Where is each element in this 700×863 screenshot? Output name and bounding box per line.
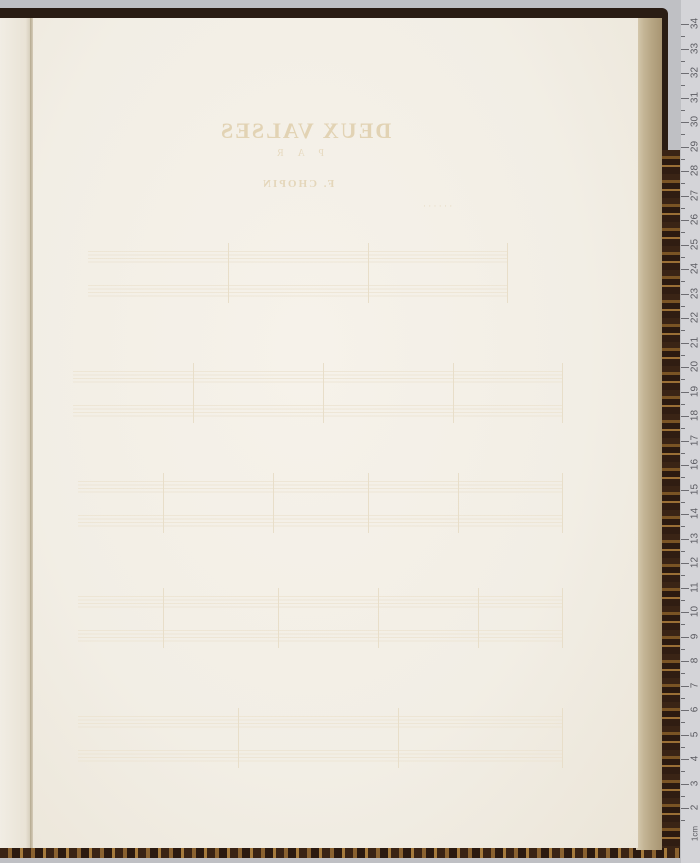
ruler-label: 17 bbox=[690, 431, 700, 449]
ruler-unit-label: 1cm bbox=[691, 824, 700, 842]
ruler-half-tick bbox=[681, 379, 685, 380]
ruler-label: 9 bbox=[690, 627, 700, 645]
ruler-label: 6 bbox=[690, 701, 700, 719]
ruler-label: 15 bbox=[690, 480, 700, 498]
ruler-half-tick bbox=[681, 526, 685, 527]
ruler-label: 28 bbox=[690, 162, 700, 180]
ruler-half-tick bbox=[681, 85, 685, 86]
ruler-tick bbox=[681, 735, 689, 736]
ruler-half-tick bbox=[681, 232, 685, 233]
ruler-label: 11 bbox=[690, 578, 700, 596]
ruler-tick bbox=[681, 196, 689, 197]
ruler-label: 12 bbox=[690, 554, 700, 572]
ruler-half-tick bbox=[681, 698, 685, 699]
ruler-tick bbox=[681, 294, 689, 295]
ruler-half-tick bbox=[681, 208, 685, 209]
ruler-half-tick bbox=[681, 404, 685, 405]
ruler-tick bbox=[681, 49, 689, 50]
ruler-half-tick bbox=[681, 771, 685, 772]
ruler-tick bbox=[681, 661, 689, 662]
ruler-half-tick bbox=[681, 306, 685, 307]
ruler-tick bbox=[681, 122, 689, 123]
ruler-half-tick bbox=[681, 796, 685, 797]
ruler-half-tick bbox=[681, 722, 685, 723]
ruler-label: 2 bbox=[690, 799, 700, 817]
ruler-half-tick bbox=[681, 477, 685, 478]
ruler-tick bbox=[681, 759, 689, 760]
ruler-tick bbox=[681, 220, 689, 221]
bleed-music-system-4 bbox=[78, 588, 563, 648]
bleed-music-system-5 bbox=[78, 708, 563, 768]
ruler-tick bbox=[681, 514, 689, 515]
ruler-label: 32 bbox=[690, 64, 700, 82]
ruler-half-tick bbox=[681, 575, 685, 576]
bleed-title: DEUX VALSES bbox=[219, 118, 391, 144]
ruler-tick bbox=[681, 245, 689, 246]
ruler-tick bbox=[681, 465, 689, 466]
ruler-tick bbox=[681, 318, 689, 319]
ruler-tick bbox=[681, 98, 689, 99]
ruler-half-tick bbox=[681, 61, 685, 62]
ruler-half-tick bbox=[681, 453, 685, 454]
ruler-label: 5 bbox=[690, 725, 700, 743]
ruler-tick bbox=[681, 612, 689, 613]
ruler-label: 33 bbox=[690, 39, 700, 57]
ruler-tick bbox=[681, 710, 689, 711]
ruler-half-tick bbox=[681, 183, 685, 184]
ruler-label: 20 bbox=[690, 358, 700, 376]
ruler-tick bbox=[681, 490, 689, 491]
bleed-composer: F. CHOPIN bbox=[261, 178, 334, 190]
ruler-tick bbox=[681, 441, 689, 442]
ruler-half-tick bbox=[681, 428, 685, 429]
ruler-tick bbox=[681, 416, 689, 417]
ruler-half-tick bbox=[681, 281, 685, 282]
ruler-half-tick bbox=[681, 36, 685, 37]
ruler-half-tick bbox=[681, 134, 685, 135]
ruler-label: 4 bbox=[690, 750, 700, 768]
ruler-label: 3 bbox=[690, 774, 700, 792]
ruler-tick bbox=[681, 539, 689, 540]
ruler-half-tick bbox=[681, 330, 685, 331]
ruler-label: 16 bbox=[690, 456, 700, 474]
ruler-label: 25 bbox=[690, 235, 700, 253]
left-page-edge bbox=[0, 18, 32, 848]
ruler-label: 34 bbox=[690, 15, 700, 33]
measuring-ruler: 3433323130292827262524232221201918171615… bbox=[681, 0, 700, 863]
ruler-half-tick bbox=[681, 257, 685, 258]
ruler-tick bbox=[681, 588, 689, 589]
ruler-tick bbox=[681, 147, 689, 148]
ruler-tick bbox=[681, 171, 689, 172]
right-page: DEUX VALSES P A R F. CHOPIN · · · · · · bbox=[33, 18, 638, 848]
bleed-subtitle: P A R bbox=[271, 148, 324, 159]
ruler-tick bbox=[681, 563, 689, 564]
ruler-half-tick bbox=[681, 551, 685, 552]
ruler-tick bbox=[681, 269, 689, 270]
bleed-music-system-2 bbox=[73, 363, 563, 423]
ruler-half-tick bbox=[681, 110, 685, 111]
ruler-tick bbox=[681, 73, 689, 74]
bleed-music-system-3 bbox=[78, 473, 563, 533]
ruler-tick bbox=[681, 392, 689, 393]
ruler-label: 26 bbox=[690, 211, 700, 229]
ruler-half-tick bbox=[681, 502, 685, 503]
ruler-label: 31 bbox=[690, 88, 700, 106]
ruler-half-tick bbox=[681, 747, 685, 748]
ruler-half-tick bbox=[681, 159, 685, 160]
marbled-spine-edge bbox=[660, 150, 680, 850]
ruler-label: 23 bbox=[690, 284, 700, 302]
ruler-tick bbox=[681, 637, 689, 638]
ruler-half-tick bbox=[681, 649, 685, 650]
ruler-half-tick bbox=[681, 624, 685, 625]
ruler-label: 7 bbox=[690, 676, 700, 694]
ruler-label: 18 bbox=[690, 407, 700, 425]
ruler-label: 10 bbox=[690, 603, 700, 621]
ruler-tick bbox=[681, 24, 689, 25]
ruler-tick bbox=[681, 343, 689, 344]
ruler-half-tick bbox=[681, 600, 685, 601]
ruler-label: 27 bbox=[690, 186, 700, 204]
ruler-label: 30 bbox=[690, 113, 700, 131]
ruler-tick bbox=[681, 784, 689, 785]
ruler-label: 21 bbox=[690, 333, 700, 351]
ruler-label: 14 bbox=[690, 505, 700, 523]
bleed-tempo: · · · · · · bbox=[423, 201, 452, 211]
ruler-tick bbox=[681, 808, 689, 809]
ruler-tick bbox=[681, 686, 689, 687]
ruler-half-tick bbox=[681, 820, 685, 821]
ruler-half-tick bbox=[681, 673, 685, 674]
ruler-label: 19 bbox=[690, 382, 700, 400]
ruler-label: 22 bbox=[690, 309, 700, 327]
ruler-label: 24 bbox=[690, 260, 700, 278]
ruler-label: 13 bbox=[690, 529, 700, 547]
page-block-edge bbox=[636, 18, 662, 850]
bleed-music-system-1 bbox=[88, 243, 508, 303]
ruler-half-tick bbox=[681, 355, 685, 356]
ruler-label: 8 bbox=[690, 652, 700, 670]
ruler-tick bbox=[681, 367, 689, 368]
marbled-bottom-edge bbox=[0, 848, 680, 858]
ruler-label: 29 bbox=[690, 137, 700, 155]
